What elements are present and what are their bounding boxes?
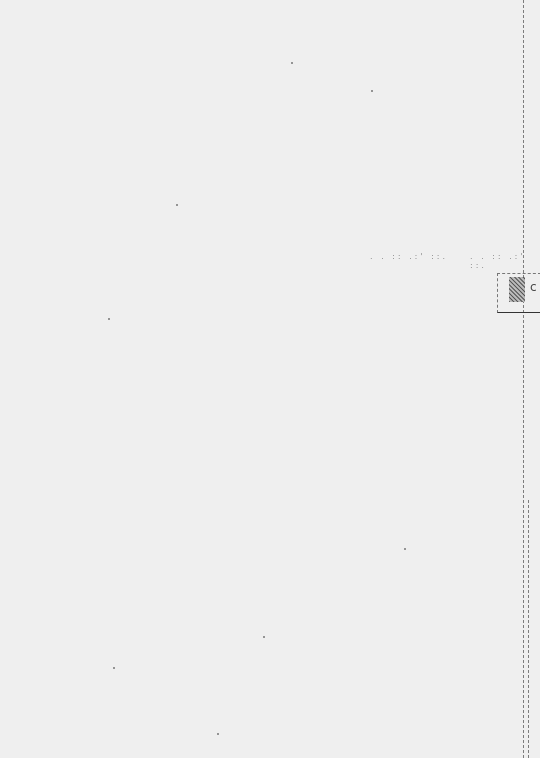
scan-dot	[113, 667, 115, 669]
scan-dot	[176, 204, 178, 206]
scan-dot	[263, 636, 265, 638]
scan-speckle: . . :: .:' ::.	[370, 252, 448, 261]
margin-mark-stamp	[509, 277, 525, 302]
scanned-page: . . :: .:' ::. . . :: .:' ::. c	[0, 0, 540, 758]
scan-dot	[291, 62, 293, 64]
margin-mark-glyph: c	[530, 280, 537, 294]
scan-dot	[404, 548, 406, 550]
scan-speckle: . . :: .:' ::.	[470, 252, 540, 270]
scan-dot	[371, 90, 373, 92]
scan-dot	[108, 318, 110, 320]
scan-dot	[217, 733, 219, 735]
right-margin-line-lower	[528, 500, 529, 758]
right-margin-line	[523, 0, 524, 758]
